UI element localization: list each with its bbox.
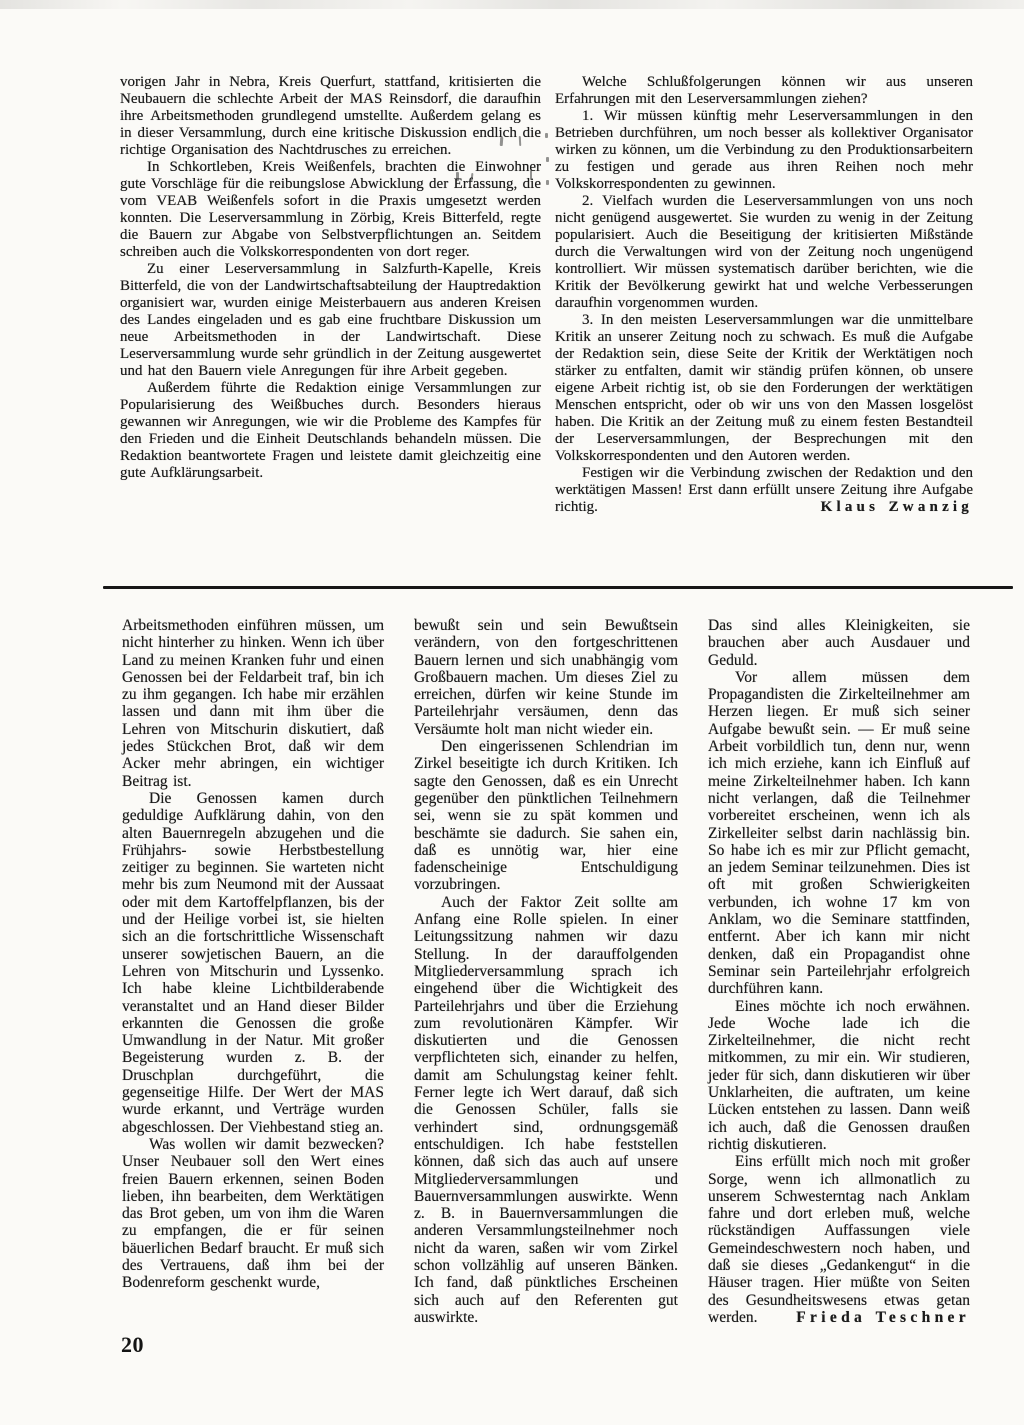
- ink-smudge-mark: [546, 157, 549, 162]
- bottom-right-column: Das sind alles Kleinigkeiten, sie brauch…: [708, 617, 970, 1326]
- ink-smudge-mark: [456, 172, 459, 181]
- paragraph: In Schkortleben, Kreis Weißenfels, brach…: [120, 159, 541, 261]
- scanned-magazine-page: vorigen Jahr in Nebra, Kreis Querfurt, s…: [0, 0, 1024, 1425]
- paragraph: Auch der Faktor Zeit sollte am Anfang ei…: [414, 894, 678, 1326]
- paragraph: Vor allem müssen dem Propagandisten die …: [708, 669, 970, 998]
- paragraph: Außerdem führte die Redaktion einige Ver…: [120, 380, 541, 482]
- bottom-left-column: Arbeitsmethoden einführen müssen, um nic…: [122, 617, 384, 1292]
- bottom-middle-column: bewußt sein und sein Bewußtsein veränder…: [414, 617, 678, 1326]
- page-number: 20: [121, 1332, 144, 1358]
- paragraph: vorigen Jahr in Nebra, Kreis Querfurt, s…: [120, 74, 541, 159]
- paragraph: Den eingerissenen Schlendrian im Zirkel …: [414, 738, 678, 894]
- closing-text: Eins erfüllt mich noch mit großer Sorge,…: [708, 1153, 970, 1326]
- paragraph: 3. In den meisten Leserversammlungen war…: [555, 312, 973, 465]
- top-left-column: vorigen Jahr in Nebra, Kreis Querfurt, s…: [120, 74, 541, 482]
- paragraph: Das sind alles Kleinigkeiten, sie brauch…: [708, 617, 970, 669]
- paragraph: bewußt sein und sein Bewußtsein veränder…: [414, 617, 678, 738]
- paragraph: Zu einer Leserversammlung in Salzfurth-K…: [120, 261, 541, 380]
- paragraph: 1. Wir müssen künftig mehr Leserversamml…: [555, 108, 973, 193]
- ink-smudge-mark: [500, 137, 504, 146]
- top-right-column: Welche Schlußfolgerungen können wir aus …: [555, 74, 973, 516]
- paragraph: Was wollen wir damit bezwecken? Unser Ne…: [122, 1136, 384, 1292]
- author-signature-klaus-zwanzig: Klaus Zwanzig: [821, 499, 973, 516]
- paragraph: Arbeitsmethoden einführen müssen, um nic…: [122, 617, 384, 790]
- closing-paragraph: Festigen wir die Verbindung zwischen der…: [555, 465, 973, 516]
- ink-smudge-mark: [545, 133, 548, 138]
- ink-smudge-mark: [530, 170, 532, 180]
- paragraph: Welche Schlußfolgerungen können wir aus …: [555, 74, 973, 108]
- author-signature-frieda-teschner: Frieda Teschner: [796, 1309, 970, 1326]
- section-divider-rule: [103, 586, 1013, 589]
- scan-edge-noise: [0, 0, 1024, 9]
- closing-paragraph: Eins erfüllt mich noch mit großer Sorge,…: [708, 1153, 970, 1326]
- paragraph: 2. Vielfach wurden die Leserversammlunge…: [555, 193, 973, 312]
- ink-smudge-mark: [546, 180, 549, 185]
- paragraph: Die Genossen kamen durch geduldige Aufkl…: [122, 790, 384, 1136]
- paragraph: Eines möchte ich noch erwähnen. Jede Woc…: [708, 998, 970, 1154]
